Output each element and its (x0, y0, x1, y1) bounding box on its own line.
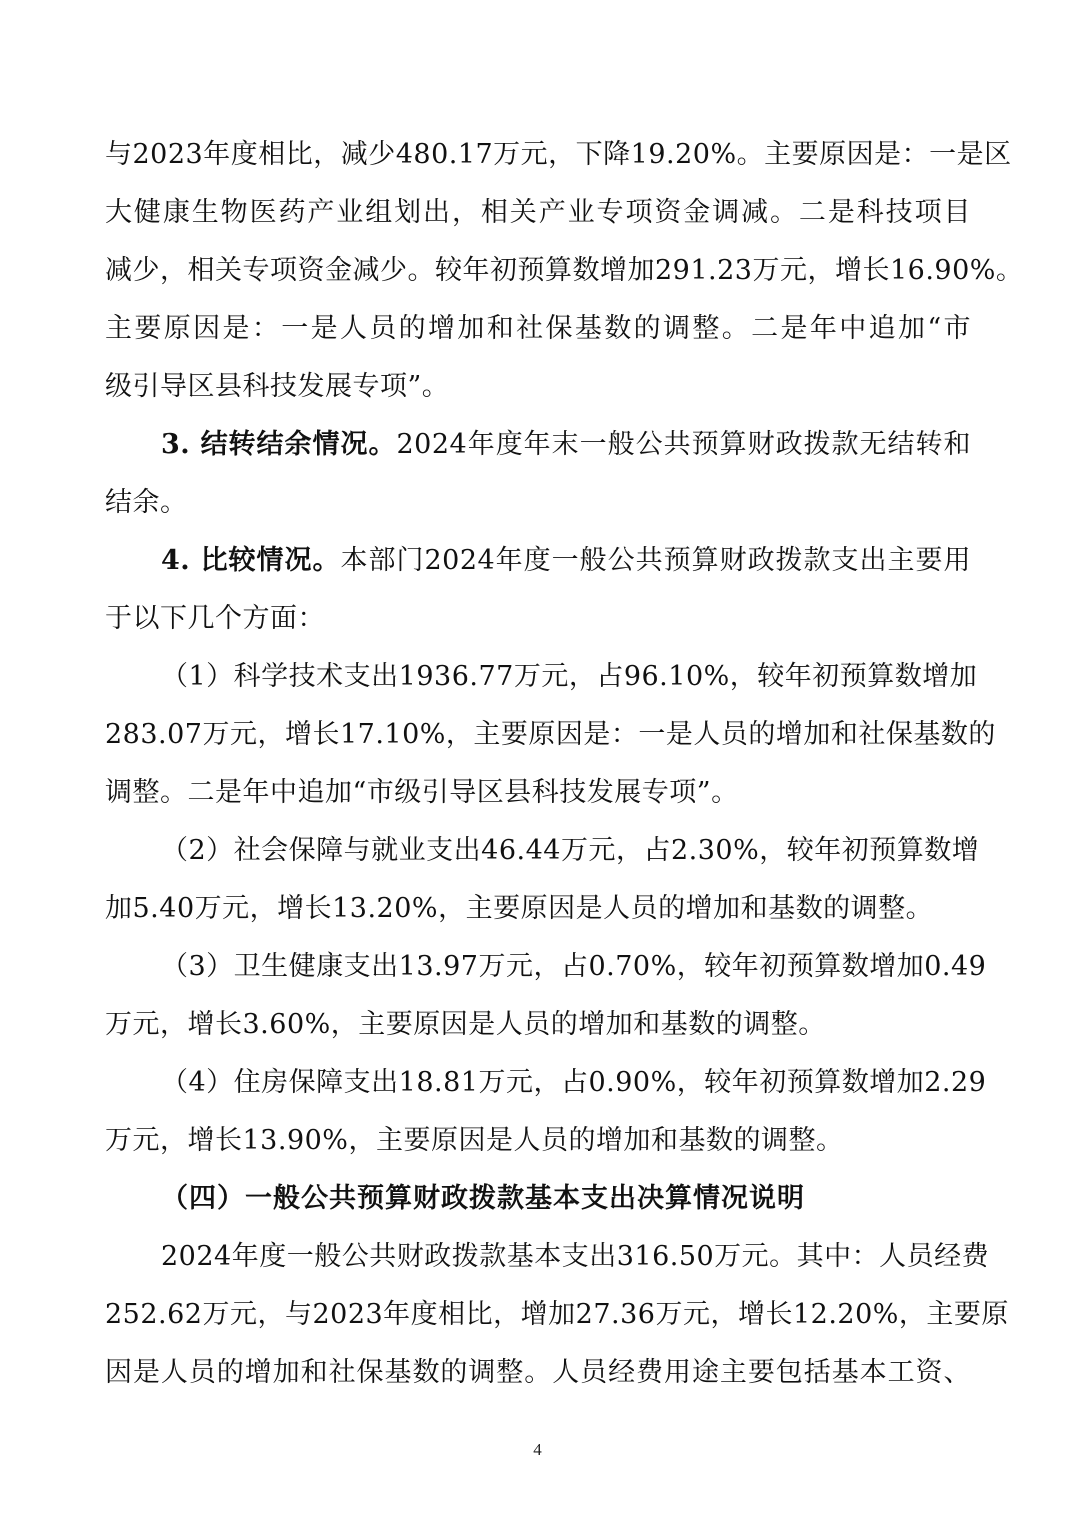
section-3-line: 3. 结转结余情况。2024年度年末一般公共预算财政拨款无结转和 (105, 416, 971, 474)
section-4-line: 于以下几个方面： (105, 590, 971, 648)
paragraph-line: 与2023年度相比，减少480.17万元，下降19.20%。主要原因是：一是区 (105, 126, 971, 184)
paragraph-line: 大健康生物医药产业组划出，相关产业专项资金调减。二是科技项目 (105, 184, 971, 242)
page-number: 4 (0, 1440, 1075, 1460)
paragraph-line: 级引导区县科技发展专项”。 (105, 358, 971, 416)
section-4-line: 4. 比较情况。本部门2024年度一般公共预算财政拨款支出主要用 (105, 532, 971, 590)
paragraph-line: 减少，相关专项资金减少。较年初预算数增加291.23万元，增长16.90%。 (105, 242, 971, 300)
item-1-line: 调整。二是年中追加“市级引导区县科技发展专项”。 (105, 764, 971, 822)
paragraph-line: 主要原因是：一是人员的增加和社保基数的调整。二是年中追加“市 (105, 300, 971, 358)
item-3-line: （3）卫生健康支出13.97万元，占0.70%，较年初预算数增加0.49 (105, 938, 971, 996)
item-4-line: （4）住房保障支出18.81万元，占0.90%，较年初预算数增加2.29 (105, 1054, 971, 1112)
section-3-line: 结余。 (105, 474, 971, 532)
document-page: 与2023年度相比，减少480.17万元，下降19.20%。主要原因是：一是区 … (105, 126, 971, 1402)
item-3-line: 万元，增长3.60%，主要原因是人员的增加和基数的调整。 (105, 996, 971, 1054)
item-4-line: 万元，增长13.90%，主要原因是人员的增加和基数的调整。 (105, 1112, 971, 1170)
basic-expenditure-line: 因是人员的增加和社保基数的调整。人员经费用途主要包括基本工资、 (105, 1344, 971, 1402)
item-1-line: （1）科学技术支出1936.77万元，占96.10%，较年初预算数增加 (105, 648, 971, 706)
item-2-line: （2）社会保障与就业支出46.44万元，占2.30%，较年初预算数增 (105, 822, 971, 880)
section-heading: （四）一般公共预算财政拨款基本支出决算情况说明 (105, 1170, 971, 1228)
section-3-text: 2024年度年末一般公共预算财政拨款无结转和 (397, 429, 972, 460)
item-2-line: 加5.40万元，增长13.20%，主要原因是人员的增加和基数的调整。 (105, 880, 971, 938)
section-4-text: 本部门2024年度一般公共预算财政拨款支出主要用 (341, 545, 971, 576)
section-3-title: 3. 结转结余情况。 (161, 429, 397, 460)
basic-expenditure-line: 2024年度一般公共财政拨款基本支出316.50万元。其中：人员经费 (105, 1228, 971, 1286)
section-4-title: 4. 比较情况。 (161, 545, 341, 576)
item-1-line: 283.07万元，增长17.10%，主要原因是：一是人员的增加和社保基数的 (105, 706, 971, 764)
basic-expenditure-line: 252.62万元，与2023年度相比，增加27.36万元，增长12.20%，主要… (105, 1286, 971, 1344)
